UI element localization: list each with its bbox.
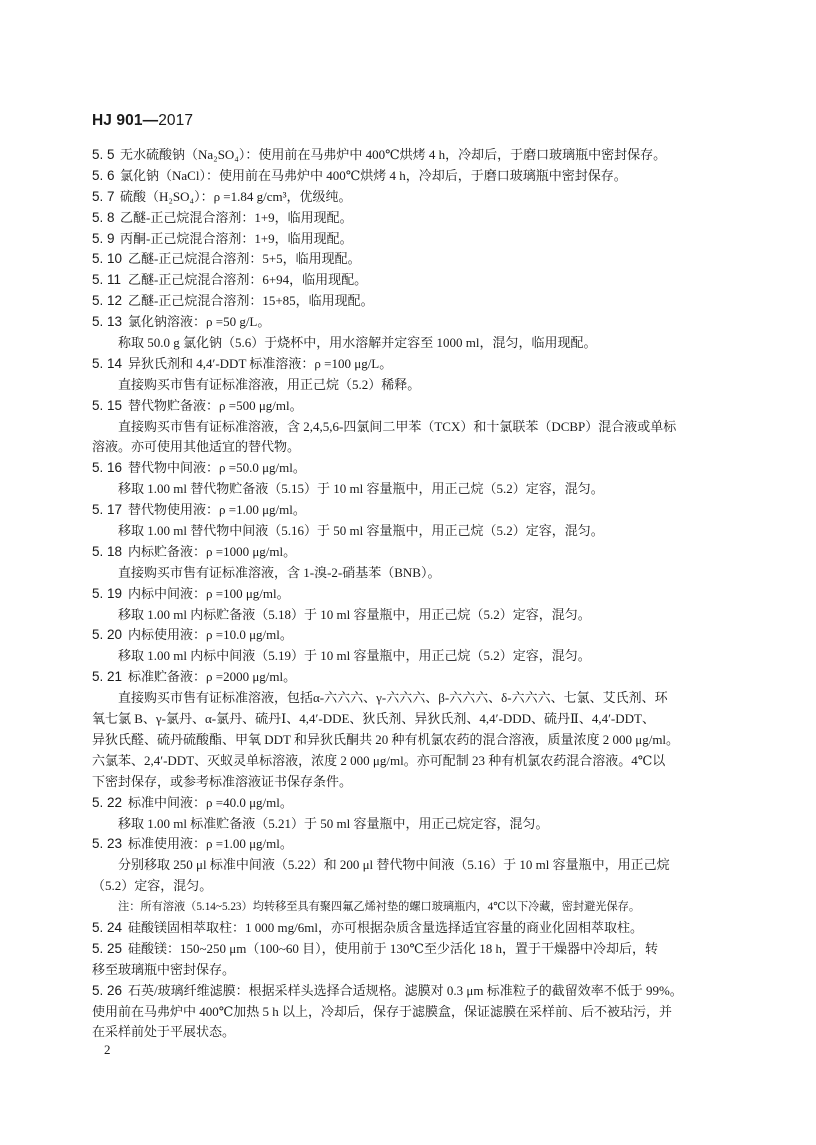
clause-number: 5. 17	[92, 500, 128, 521]
clause-5-13: 5. 13氯化钠溶液：ρ =50 g/L。	[92, 312, 732, 333]
clause-body: 直接购买市售有证标准溶液，含 2,4,5,6-四氯间二甲苯（TCX）和十氯联苯（…	[92, 417, 732, 459]
body-line: 下密封保存，或参考标准溶液证书保存条件。	[92, 772, 732, 793]
clause-number: 5. 13	[92, 312, 128, 333]
body-line: 氧七氯 B、γ-氯丹、α-氯丹、硫丹Ⅰ、4,4′-DDE、狄氏剂、异狄氏剂、4,…	[92, 709, 732, 730]
body-line: 移取 1.00 ml 替代物贮备液（5.15）于 10 ml 容量瓶中，用正己烷…	[92, 479, 732, 500]
body-line: （5.2）定容，混匀。	[92, 876, 732, 897]
body-line: 直接购买市售有证标准溶液，含 1-溴-2-硝基苯（BNB）。	[92, 563, 732, 584]
body-line: 移取 1.00 ml 替代物中间液（5.16）于 50 ml 容量瓶中，用正己烷…	[92, 521, 732, 542]
clause-number: 5. 6	[92, 166, 120, 187]
clause-5-26: 5. 26石英/玻璃纤维滤膜：根据采样头选择合适规格。滤膜对 0.3 μm 标准…	[92, 981, 732, 1002]
clause-number: 5. 23	[92, 834, 128, 855]
clause-number: 5. 5	[92, 145, 120, 166]
clause-number: 5. 7	[92, 187, 120, 208]
clause-text: 硫酸（H₂SO₄）：ρ =1.84 g/cm³，优级纯。	[120, 189, 352, 204]
clause-body: 移取 1.00 ml 内标中间液（5.19）于 10 ml 容量瓶中，用正己烷（…	[92, 646, 732, 667]
body-line: 六氯苯、2,4′-DDT、灭蚁灵单标溶液，浓度 2 000 μg/ml。亦可配制…	[92, 751, 732, 772]
clause-body: 移取 1.00 ml 替代物贮备液（5.15）于 10 ml 容量瓶中，用正己烷…	[92, 479, 732, 500]
body-line: 移取 1.00 ml 内标中间液（5.19）于 10 ml 容量瓶中，用正己烷（…	[92, 646, 732, 667]
clause-5-7: 5. 7硫酸（H₂SO₄）：ρ =1.84 g/cm³，优级纯。	[92, 187, 732, 208]
clause-number: 5. 14	[92, 354, 128, 375]
clause-5-6: 5. 6氯化钠（NaCl）：使用前在马弗炉中 400℃烘烤 4 h，冷却后，于磨…	[92, 166, 732, 187]
clause-body: 称取 50.0 g 氯化钠（5.6）于烧杯中，用水溶解并定容至 1000 ml，…	[92, 333, 732, 354]
clause-number: 5. 19	[92, 584, 128, 605]
clause-text: 丙酮-正己烷混合溶剂：1+9，临用现配。	[120, 231, 353, 246]
clause-text: 内标贮备液：ρ =1000 μg/ml。	[128, 544, 296, 559]
clause-5-12: 5. 12乙醚-正己烷混合溶剂：15+85，临用现配。	[92, 291, 732, 312]
clause-5-21: 5. 21标准贮备液：ρ =2000 μg/ml。	[92, 667, 732, 688]
clause-number: 5. 24	[92, 918, 128, 939]
body-line: 异狄氏醛、硫丹硫酸酯、甲氧 DDT 和异狄氏酮共 20 种有机氯农药的混合溶液，…	[92, 730, 732, 751]
clause-text: 标准使用液：ρ =1.00 μg/ml。	[128, 836, 293, 851]
body-line: 直接购买市售有证标准溶液，用正己烷（5.2）稀释。	[92, 375, 732, 396]
clause-text: 替代物中间液：ρ =50.0 μg/ml。	[128, 460, 306, 475]
clause-text: 硅酸镁：150~250 μm（100~60 目），使用前于 130℃至少活化 1…	[128, 941, 658, 956]
clause-5-9: 5. 9丙酮-正己烷混合溶剂：1+9，临用现配。	[92, 229, 732, 250]
clause-continuation: 在采样前处于平展状态。	[92, 1022, 732, 1043]
clause-text: 内标使用液：ρ =10.0 μg/ml。	[128, 627, 293, 642]
clause-number: 5. 10	[92, 249, 128, 270]
clause-text: 无水硫酸钠（Na₂SO₄）：使用前在马弗炉中 400℃烘烤 4 h，冷却后，于磨…	[120, 147, 666, 162]
document-header: HJ 901—2017	[92, 112, 193, 130]
clause-text: 乙醚-正己烷混合溶剂：15+85，临用现配。	[128, 293, 374, 308]
clause-body: 直接购买市售有证标准溶液，包括α-六六六、γ-六六六、β-六六六、δ-六六六、七…	[92, 688, 732, 792]
body-line: 直接购买市售有证标准溶液，含 2,4,5,6-四氯间二甲苯（TCX）和十氯联苯（…	[92, 417, 732, 438]
clause-body: 直接购买市售有证标准溶液，含 1-溴-2-硝基苯（BNB）。	[92, 563, 732, 584]
body-line: 分别移取 250 μl 标准中间液（5.22）和 200 μl 替代物中间液（5…	[92, 855, 732, 876]
document-body: 5. 5无水硫酸钠（Na₂SO₄）：使用前在马弗炉中 400℃烘烤 4 h，冷却…	[92, 145, 732, 1043]
clause-text: 乙醚-正己烷混合溶剂：6+94，临用现配。	[128, 272, 367, 287]
clause-5-19: 5. 19内标中间液：ρ =100 μg/ml。	[92, 584, 732, 605]
clause-5-15: 5. 15替代物贮备液：ρ =500 μg/ml。	[92, 396, 732, 417]
standard-code: HJ 901	[92, 112, 143, 129]
clause-text: 替代物使用液：ρ =1.00 μg/ml。	[128, 502, 306, 517]
clause-text: 石英/玻璃纤维滤膜：根据采样头选择合适规格。滤膜对 0.3 μm 标准粒子的截留…	[128, 983, 683, 998]
clause-number: 5. 22	[92, 793, 128, 814]
clause-body: 移取 1.00 ml 替代物中间液（5.16）于 50 ml 容量瓶中，用正己烷…	[92, 521, 732, 542]
clause-5-5: 5. 5无水硫酸钠（Na₂SO₄）：使用前在马弗炉中 400℃烘烤 4 h，冷却…	[92, 145, 732, 166]
clause-5-24: 5. 24硅酸镁固相萃取柱：1 000 mg/6ml，亦可根据杂质含量选择适宜容…	[92, 918, 732, 939]
body-line: 溶液。亦可使用其他适宜的替代物。	[92, 437, 732, 458]
clause-5-8: 5. 8乙醚-正己烷混合溶剂：1+9，临用现配。	[92, 208, 732, 229]
clause-5-17: 5. 17替代物使用液：ρ =1.00 μg/ml。	[92, 500, 732, 521]
clause-number: 5. 26	[92, 981, 128, 1002]
header-dash: —	[143, 112, 159, 129]
clause-5-23: 5. 23标准使用液：ρ =1.00 μg/ml。	[92, 834, 732, 855]
clause-continuation: 移至玻璃瓶中密封保存。	[92, 960, 732, 981]
clause-5-22: 5. 22标准中间液：ρ =40.0 μg/ml。	[92, 793, 732, 814]
clause-text: 标准中间液：ρ =40.0 μg/ml。	[128, 795, 293, 810]
clause-number: 5. 25	[92, 939, 128, 960]
clause-text: 乙醚-正己烷混合溶剂：5+5，临用现配。	[128, 251, 361, 266]
clause-number: 5. 16	[92, 458, 128, 479]
clause-text: 氯化钠（NaCl）：使用前在马弗炉中 400℃烘烤 4 h，冷却后，于磨口玻璃瓶…	[120, 168, 627, 183]
standard-year: 2017	[158, 112, 193, 129]
clause-text: 氯化钠溶液：ρ =50 g/L。	[128, 314, 270, 329]
clause-body: 分别移取 250 μl 标准中间液（5.22）和 200 μl 替代物中间液（5…	[92, 855, 732, 897]
clause-number: 5. 9	[92, 229, 120, 250]
clause-text: 替代物贮备液：ρ =500 μg/ml。	[128, 398, 303, 413]
body-line: 移取 1.00 ml 标准贮备液（5.21）于 50 ml 容量瓶中，用正己烷定…	[92, 814, 732, 835]
clause-5-10: 5. 10乙醚-正己烷混合溶剂：5+5，临用现配。	[92, 249, 732, 270]
clause-number: 5. 8	[92, 208, 120, 229]
clause-number: 5. 15	[92, 396, 128, 417]
clause-5-16: 5. 16替代物中间液：ρ =50.0 μg/ml。	[92, 458, 732, 479]
clause-5-25: 5. 25硅酸镁：150~250 μm（100~60 目），使用前于 130℃至…	[92, 939, 732, 960]
clause-number: 5. 20	[92, 625, 128, 646]
clause-number: 5. 11	[92, 270, 128, 291]
clause-number: 5. 18	[92, 542, 128, 563]
clause-5-18: 5. 18内标贮备液：ρ =1000 μg/ml。	[92, 542, 732, 563]
clause-number: 5. 21	[92, 667, 128, 688]
body-line: 称取 50.0 g 氯化钠（5.6）于烧杯中，用水溶解并定容至 1000 ml，…	[92, 333, 732, 354]
clause-text: 标准贮备液：ρ =2000 μg/ml。	[128, 669, 296, 684]
clause-5-11: 5. 11乙醚-正己烷混合溶剂：6+94，临用现配。	[92, 270, 732, 291]
storage-note: 注：所有溶液（5.14~5.23）均转移至具有聚四氟乙烯衬垫的螺口玻璃瓶内，4℃…	[92, 897, 732, 918]
clause-text: 乙醚-正己烷混合溶剂：1+9，临用现配。	[120, 210, 353, 225]
body-line: 直接购买市售有证标准溶液，包括α-六六六、γ-六六六、β-六六六、δ-六六六、七…	[92, 688, 732, 709]
clause-text: 异狄氏剂和 4,4′-DDT 标准溶液：ρ =100 μg/L。	[128, 356, 392, 371]
clause-5-20: 5. 20内标使用液：ρ =10.0 μg/ml。	[92, 625, 732, 646]
body-line: 移取 1.00 ml 内标贮备液（5.18）于 10 ml 容量瓶中，用正己烷（…	[92, 605, 732, 626]
page-number: 2	[104, 1042, 111, 1058]
clause-number: 5. 12	[92, 291, 128, 312]
clause-text: 内标中间液：ρ =100 μg/ml。	[128, 586, 290, 601]
clause-continuation: 使用前在马弗炉中 400℃加热 5 h 以上，冷却后，保存于滤膜盒，保证滤膜在采…	[92, 1002, 732, 1023]
clause-5-14: 5. 14异狄氏剂和 4,4′-DDT 标准溶液：ρ =100 μg/L。	[92, 354, 732, 375]
clause-body: 移取 1.00 ml 内标贮备液（5.18）于 10 ml 容量瓶中，用正己烷（…	[92, 605, 732, 626]
clause-body: 直接购买市售有证标准溶液，用正己烷（5.2）稀释。	[92, 375, 732, 396]
clause-text: 硅酸镁固相萃取柱：1 000 mg/6ml，亦可根据杂质含量选择适宜容量的商业化…	[128, 920, 643, 935]
clause-body: 移取 1.00 ml 标准贮备液（5.21）于 50 ml 容量瓶中，用正己烷定…	[92, 814, 732, 835]
